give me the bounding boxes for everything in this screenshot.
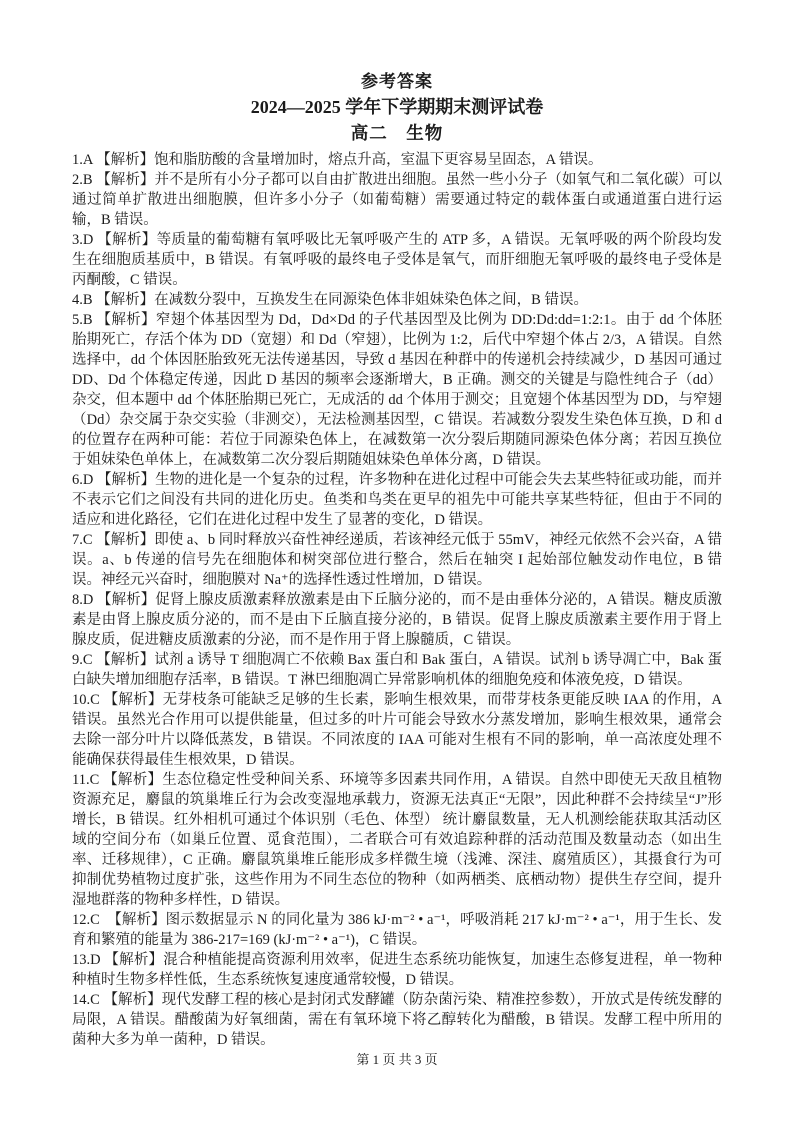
answer-item-14: 14.C 【解析】现代发酵工程的核心是封闭式发酵罐（防杂菌污染、精准控参数），开… [72, 990, 722, 1050]
document-header: 参考答案 2024—2025 学年下学期期末测评试卷 高二 生物 [72, 70, 722, 146]
answer-item-3: 3.D 【解析】等质量的葡萄糖有氧呼吸比无氧呼吸产生的 ATP 多，A 错误。无… [72, 230, 722, 290]
answer-item-7: 7.C 【解析】即使 a、b 同时释放兴奋性神经递质，若该神经元低于 55mV，… [72, 530, 722, 590]
answer-item-8: 8.D 【解析】促肾上腺皮质激素释放激素是由下丘脑分泌的，而不是由垂体分泌的，A… [72, 590, 722, 650]
answer-item-5: 5.B 【解析】窄翅个体基因型为 Dd，Dd×Dd 的子代基因型及比例为 DD:… [72, 310, 722, 470]
answer-item-2: 2.B 【解析】并不是所有小分子都可以自由扩散进出细胞。虽然一些小分子（如氧气和… [72, 170, 722, 230]
answer-item-9: 9.C 【解析】试剂 a 诱导 T 细胞凋亡不依赖 Bax 蛋白和 Bak 蛋白… [72, 650, 722, 690]
document-page: 参考答案 2024—2025 学年下学期期末测评试卷 高二 生物 1.A 【解析… [0, 0, 793, 1122]
answer-item-4: 4.B 【解析】在减数分裂中，互换发生在同源染色体非姐妹染色体之间，B 错误。 [72, 290, 722, 310]
answer-item-12: 12.C 【解析】图示数据显示 N 的同化量为 386 kJ·m⁻² • a⁻¹… [72, 910, 722, 950]
page-subtitle: 2024—2025 学年下学期期末测评试卷 [72, 94, 722, 120]
answer-item-10: 10.C 【解析】无芽枝条可能缺乏足够的生长素，影响生根效果，而带芽枝条更能反映… [72, 690, 722, 770]
page-number-footer: 第 1 页 共 3 页 [72, 1050, 722, 1070]
answer-item-13: 13.D 【解析】混合种植能提高资源利用效率，促进生态系统功能恢复，加速生态修复… [72, 950, 722, 990]
answer-item-1: 1.A 【解析】饱和脂肪酸的含量增加时，熔点升高，室温下更容易呈固态，A 错误。 [72, 150, 722, 170]
page-title: 参考答案 [72, 70, 722, 94]
answer-item-6: 6.D 【解析】生物的进化是一个复杂的过程，许多物种在进化过程中可能会失去某些特… [72, 470, 722, 530]
answer-item-11: 11.C 【解析】生态位稳定性受种间关系、环境等多因素共同作用，A 错误。自然中… [72, 770, 722, 910]
page-section-title: 高二 生物 [72, 120, 722, 146]
answer-list: 1.A 【解析】饱和脂肪酸的含量增加时，熔点升高，室温下更容易呈固态，A 错误。… [72, 150, 722, 1050]
